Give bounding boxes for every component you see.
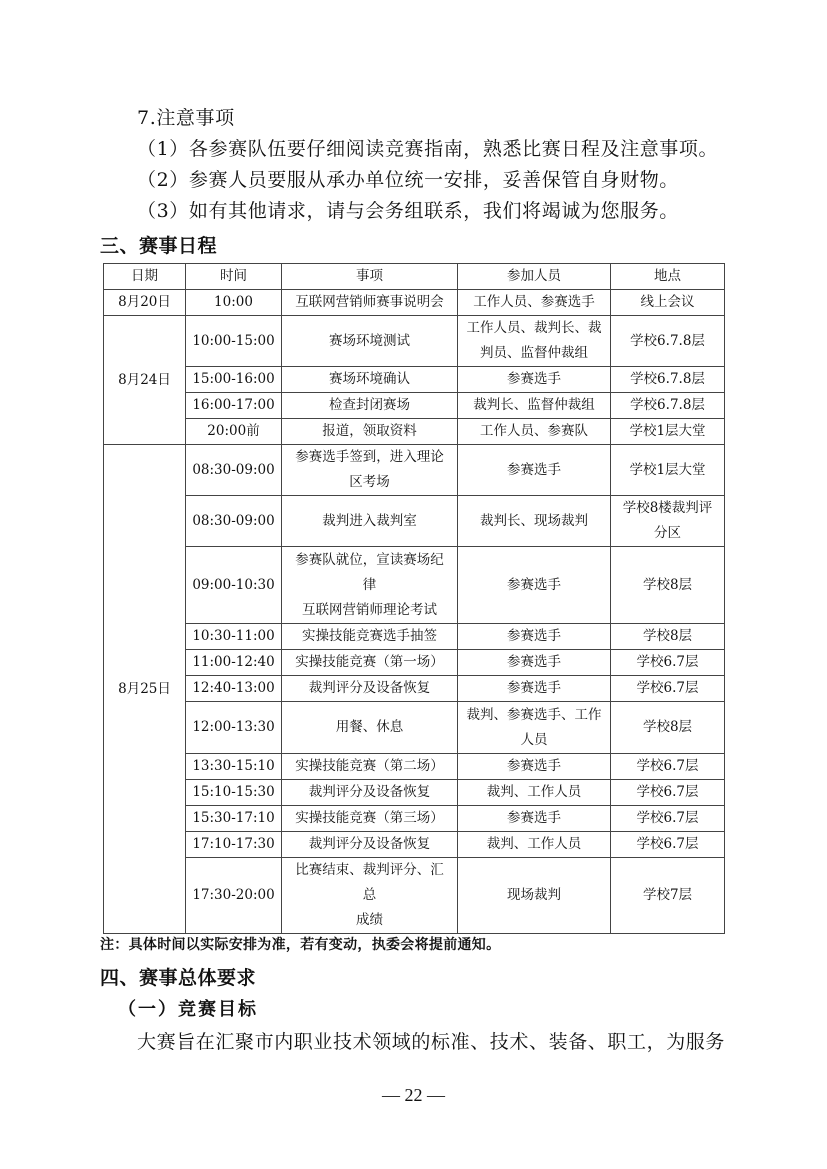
cell-people: 现场裁判	[458, 858, 611, 934]
cell-date: 8月20日	[104, 290, 186, 316]
cell-place: 学校6.7层	[611, 650, 725, 676]
cell-time: 10:00	[186, 290, 282, 316]
cell-item: 裁判进入裁判室	[282, 496, 458, 547]
cell-item: 裁判评分及设备恢复	[282, 832, 458, 858]
cell-place: 学校6.7.8层	[611, 393, 725, 419]
cell-item: 实操技能竞赛（第一场）	[282, 650, 458, 676]
table-row: 11:00-12:40实操技能竞赛（第一场）参赛选手学校6.7层	[104, 650, 725, 676]
table-row: 17:10-17:30裁判评分及设备恢复裁判、工作人员学校6.7层	[104, 832, 725, 858]
cell-place: 学校8层	[611, 547, 725, 624]
schedule-table: 日期 时间 事项 参加人员 地点 8月20日10:00互联网营销师赛事说明会工作…	[103, 263, 725, 934]
cell-time: 13:30-15:10	[186, 754, 282, 780]
cell-place: 学校6.7层	[611, 754, 725, 780]
cell-time: 17:30-20:00	[186, 858, 282, 934]
cell-place: 学校6.7层	[611, 676, 725, 702]
cell-place: 学校8楼裁判评 分区	[611, 496, 725, 547]
cell-item: 实操技能竞赛（第二场）	[282, 754, 458, 780]
subsection-title: （一）竞赛目标	[118, 995, 258, 1021]
cell-place: 学校6.7层	[611, 832, 725, 858]
table-row: 15:00-16:00赛场环境确认参赛选手学校6.7.8层	[104, 367, 725, 393]
cell-place: 学校6.7层	[611, 780, 725, 806]
cell-place: 线上会议	[611, 290, 725, 316]
cell-item: 实操技能竞赛（第三场）	[282, 806, 458, 832]
cell-item: 实操技能竞赛选手抽签	[282, 624, 458, 650]
cell-item: 赛场环境确认	[282, 367, 458, 393]
header-people: 参加人员	[458, 264, 611, 290]
notice-item-2: （2）参赛人员要服从承办单位统一安排，妥善保管自身财物。	[137, 165, 679, 192]
cell-item: 用餐、休息	[282, 702, 458, 754]
table-row: 15:10-15:30裁判评分及设备恢复裁判、工作人员学校6.7层	[104, 780, 725, 806]
cell-people: 工作人员、参赛选手	[458, 290, 611, 316]
cell-time: 08:30-09:00	[186, 496, 282, 547]
table-row: 8月20日10:00互联网营销师赛事说明会工作人员、参赛选手线上会议	[104, 290, 725, 316]
cell-time: 16:00-17:00	[186, 393, 282, 419]
cell-place: 学校6.7.8层	[611, 316, 725, 367]
cell-time: 10:30-11:00	[186, 624, 282, 650]
cell-time: 12:00-13:30	[186, 702, 282, 754]
cell-people: 工作人员、参赛队	[458, 419, 611, 445]
table-row: 20:00前报道，领取资料工作人员、参赛队学校1层大堂	[104, 419, 725, 445]
cell-people: 裁判长、监督仲裁组	[458, 393, 611, 419]
cell-people: 参赛选手	[458, 676, 611, 702]
cell-date: 8月25日	[104, 445, 186, 934]
cell-time: 10:00-15:00	[186, 316, 282, 367]
cell-item: 检查封闭赛场	[282, 393, 458, 419]
notice-item-1: （1）各参赛队伍要仔细阅读竞赛指南，熟悉比赛日程及注意事项。	[137, 134, 718, 161]
cell-place: 学校6.7层	[611, 806, 725, 832]
section7-title: 7.注意事项	[137, 103, 235, 130]
cell-place: 学校8层	[611, 702, 725, 754]
cell-item: 参赛选手签到，进入理论 区考场	[282, 445, 458, 496]
table-row: 09:00-10:30参赛队就位，宣读赛场纪 律 互联网营销师理论考试参赛选手学…	[104, 547, 725, 624]
table-row: 8月25日08:30-09:00参赛选手签到，进入理论 区考场参赛选手学校1层大…	[104, 445, 725, 496]
cell-place: 学校7层	[611, 858, 725, 934]
cell-time: 15:30-17:10	[186, 806, 282, 832]
cell-people: 参赛选手	[458, 445, 611, 496]
cell-date: 8月24日	[104, 316, 186, 445]
cell-people: 参赛选手	[458, 624, 611, 650]
table-row: 13:30-15:10实操技能竞赛（第二场）参赛选手学校6.7层	[104, 754, 725, 780]
cell-time: 09:00-10:30	[186, 547, 282, 624]
table-row: 15:30-17:10实操技能竞赛（第三场）参赛选手学校6.7层	[104, 806, 725, 832]
cell-people: 工作人员、裁判长、裁 判员、监督仲裁组	[458, 316, 611, 367]
cell-people: 参赛选手	[458, 650, 611, 676]
schedule-note: 注：具体时间以实际安排为准，若有变动，执委会将提前通知。	[100, 934, 500, 954]
cell-item: 比赛结束、裁判评分、汇 总 成绩	[282, 858, 458, 934]
cell-people: 裁判、工作人员	[458, 832, 611, 858]
paragraph-text: 大赛旨在汇聚市内职业技术领域的标准、技术、装备、职工，为服务	[137, 1027, 725, 1054]
cell-item: 参赛队就位，宣读赛场纪 律 互联网营销师理论考试	[282, 547, 458, 624]
cell-place: 学校8层	[611, 624, 725, 650]
cell-time: 12:40-13:00	[186, 676, 282, 702]
table-row: 10:30-11:00实操技能竞赛选手抽签参赛选手学校8层	[104, 624, 725, 650]
table-row: 16:00-17:00检查封闭赛场裁判长、监督仲裁组学校6.7.8层	[104, 393, 725, 419]
cell-time: 20:00前	[186, 419, 282, 445]
cell-people: 裁判、参赛选手、工作 人员	[458, 702, 611, 754]
section4-title: 四、赛事总体要求	[100, 963, 256, 990]
cell-time: 08:30-09:00	[186, 445, 282, 496]
table-row: 12:40-13:00裁判评分及设备恢复参赛选手学校6.7层	[104, 676, 725, 702]
cell-people: 参赛选手	[458, 806, 611, 832]
header-date: 日期	[104, 264, 186, 290]
cell-people: 参赛选手	[458, 754, 611, 780]
cell-people: 裁判、工作人员	[458, 780, 611, 806]
cell-people: 参赛选手	[458, 547, 611, 624]
table-row: 12:00-13:30用餐、休息裁判、参赛选手、工作 人员学校8层	[104, 702, 725, 754]
notice-item-3: （3）如有其他请求，请与会务组联系，我们将竭诚为您服务。	[137, 196, 679, 223]
cell-time: 15:10-15:30	[186, 780, 282, 806]
table-row: 08:30-09:00裁判进入裁判室裁判长、现场裁判学校8楼裁判评 分区	[104, 496, 725, 547]
table-row: 8月24日10:00-15:00赛场环境测试工作人员、裁判长、裁 判员、监督仲裁…	[104, 316, 725, 367]
cell-item: 裁判评分及设备恢复	[282, 780, 458, 806]
table-row: 17:30-20:00比赛结束、裁判评分、汇 总 成绩现场裁判学校7层	[104, 858, 725, 934]
cell-item: 互联网营销师赛事说明会	[282, 290, 458, 316]
cell-place: 学校6.7.8层	[611, 367, 725, 393]
header-item: 事项	[282, 264, 458, 290]
cell-place: 学校1层大堂	[611, 445, 725, 496]
cell-people: 裁判长、现场裁判	[458, 496, 611, 547]
cell-place: 学校1层大堂	[611, 419, 725, 445]
header-place: 地点	[611, 264, 725, 290]
cell-people: 参赛选手	[458, 367, 611, 393]
cell-item: 赛场环境测试	[282, 316, 458, 367]
header-time: 时间	[186, 264, 282, 290]
cell-time: 17:10-17:30	[186, 832, 282, 858]
cell-item: 报道，领取资料	[282, 419, 458, 445]
cell-time: 15:00-16:00	[186, 367, 282, 393]
cell-item: 裁判评分及设备恢复	[282, 676, 458, 702]
section3-title: 三、赛事日程	[100, 231, 217, 258]
cell-time: 11:00-12:40	[186, 650, 282, 676]
table-header-row: 日期 时间 事项 参加人员 地点	[104, 264, 725, 290]
page-number: — 22 —	[0, 1085, 827, 1106]
